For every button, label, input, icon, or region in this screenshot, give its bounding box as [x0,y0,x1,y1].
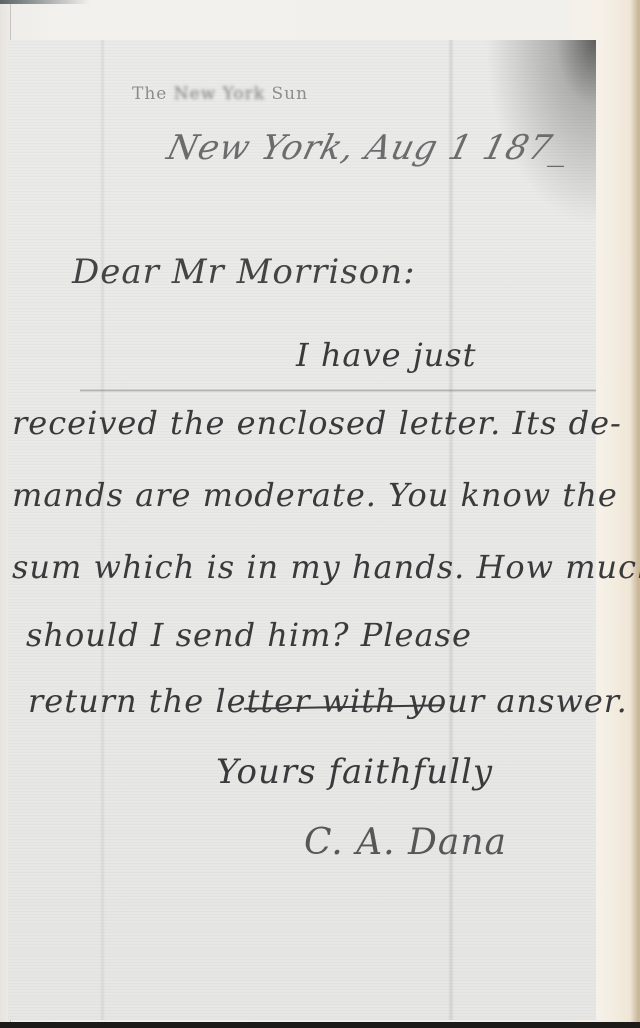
body-line: should I send him? Please [26,616,472,654]
body-line: return the letter with your answer. [28,682,628,720]
body-line: I have just [296,336,477,374]
body-line: sum which is in my hands. How much [12,548,640,586]
letterhead: The New York Sun [132,84,308,104]
paper-fold-vertical [448,40,454,1020]
paper-fold-horizontal [80,389,596,392]
top-edge-shadow [0,0,90,4]
letterhead-obscured: New York [174,84,265,104]
body-line: mands are moderate. You know the [12,476,618,514]
letterhead-suffix: Sun [271,84,308,104]
letter-photo-plate [8,40,596,1020]
signature: C. A. Dana [304,822,507,863]
paper-fold-left [100,40,105,1020]
bottom-scan-edge [0,1022,640,1028]
letterhead-prefix: The [132,84,167,104]
salutation: Dear Mr Morrison: [72,252,416,292]
scanned-letter-page: The New York Sun New York, Aug 1 187_ De… [0,0,640,1028]
body-line: received the enclosed letter. Its de- [12,404,622,442]
dateline: New York, Aug 1 187_ [163,128,575,168]
closing: Yours faithfully [216,752,493,792]
